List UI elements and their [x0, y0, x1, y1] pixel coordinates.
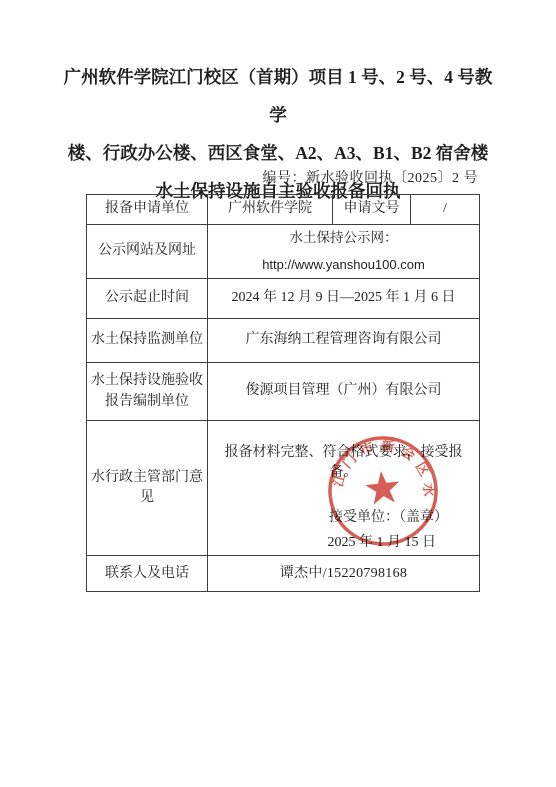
authority-opinion-value: 报备材料完整、符合格式要求，接受报备。 接受单位：（盖章） 2025 年 1 月… [208, 421, 480, 556]
contact-value: 谭杰中/15220798168 [208, 556, 480, 592]
website-value: 水土保持公示网： http://www.yanshou100.com [208, 225, 480, 279]
table-row-website: 公示网站及网址 水土保持公示网： http://www.yanshou100.c… [87, 225, 480, 279]
publicity-period-label: 公示起止时间 [87, 279, 208, 319]
document-title: 广州软件学院江门校区（首期）项目 1 号、2 号、4 号教学 楼、行政办公楼、西… [55, 58, 501, 210]
table-row-applicant: 报备申请单位 广州软件学院 申请文号 / [87, 195, 480, 225]
accepting-unit-seal-note: 接受单位：（盖章） [211, 508, 476, 528]
report-unit-label-line1: 水土保持设施验收 [90, 371, 204, 391]
website-name: 水土保持公示网： [211, 228, 476, 248]
table-row-monitoring-unit: 水土保持监测单位 广东海纳工程管理咨询有限公司 [87, 319, 480, 363]
document-page: 广州软件学院江门校区（首期）项目 1 号、2 号、4 号教学 楼、行政办公楼、西… [0, 0, 556, 787]
table-row-contact: 联系人及电话 谭杰中/15220798168 [87, 556, 480, 592]
applicant-label: 报备申请单位 [87, 195, 208, 225]
monitoring-unit-label: 水土保持监测单位 [87, 319, 208, 363]
monitoring-unit-value: 广东海纳工程管理咨询有限公司 [208, 319, 480, 363]
report-unit-value: 俊源项目管理（广州）有限公司 [208, 363, 480, 421]
receipt-table: 报备申请单位 广州软件学院 申请文号 / 公示网站及网址 水土保持公示网： ht… [86, 194, 480, 592]
authority-opinion-label: 水行政主管部门意 见 [87, 421, 208, 556]
acceptance-date: 2025 年 1 月 15 日 [211, 533, 476, 553]
authority-opinion-label-line1: 水行政主管部门意 [90, 468, 204, 488]
contact-label: 联系人及电话 [87, 556, 208, 592]
table-row-publicity-period: 公示起止时间 2024 年 12 月 9 日—2025 年 1 月 6 日 [87, 279, 480, 319]
applicant-value: 广州软件学院 [208, 195, 333, 225]
publicity-period-value: 2024 年 12 月 9 日—2025 年 1 月 6 日 [208, 279, 480, 319]
website-url: http://www.yanshou100.com [211, 256, 476, 275]
website-label: 公示网站及网址 [87, 225, 208, 279]
authority-opinion-label-line2: 见 [90, 488, 204, 508]
table-row-report-unit: 水土保持设施验收 报告编制单位 俊源项目管理（广州）有限公司 [87, 363, 480, 421]
application-doc-no-value: / [411, 195, 480, 225]
report-unit-label: 水土保持设施验收 报告编制单位 [87, 363, 208, 421]
application-doc-no-label: 申请文号 [333, 195, 411, 225]
title-line-1: 广州软件学院江门校区（首期）项目 1 号、2 号、4 号教学 [55, 58, 501, 134]
table-row-authority-opinion: 水行政主管部门意 见 报备材料完整、符合格式要求，接受报备。 接受单位：（盖章）… [87, 421, 480, 556]
document-number: 编号：新水验收回执〔2025〕2 号 [263, 167, 479, 187]
opinion-text: 报备材料完整、符合格式要求，接受报备。 [211, 443, 476, 484]
report-unit-label-line2: 报告编制单位 [90, 392, 204, 412]
